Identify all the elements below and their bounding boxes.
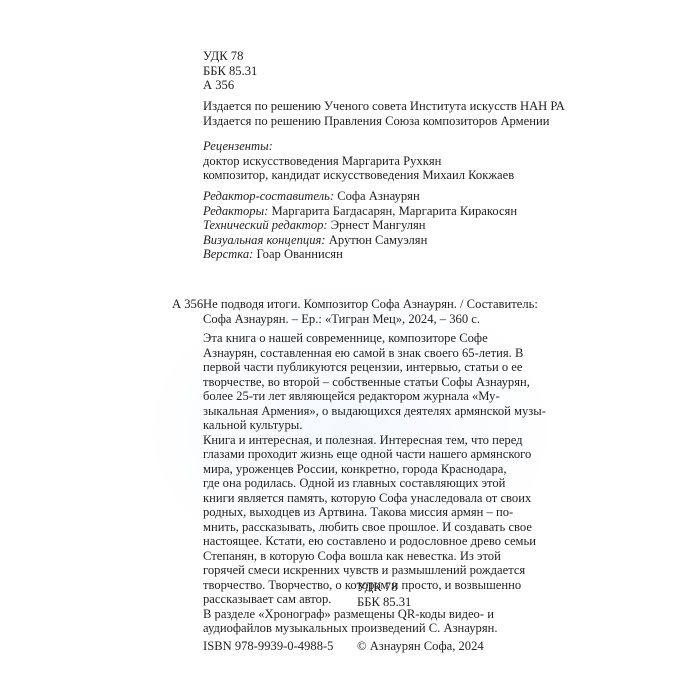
credit-line: Верстка: Гоар Ованнисян: [203, 247, 517, 262]
reviewer: доктор искусствоведения Маргарита Рухкян: [203, 154, 514, 169]
annotation-line: Книга и интересная, и полезная. Интересн…: [203, 433, 546, 448]
credit-role: Редактор-составитель:: [203, 189, 334, 203]
reviewer: композитор, кандидат искусствоведения Ми…: [203, 168, 514, 183]
annotation-line: аудиофайлов музыкальных произведений С. …: [203, 621, 546, 636]
credit-role: Технический редактор:: [203, 218, 328, 232]
copyright-notice: © Азнаурян Софа, 2024: [357, 639, 484, 654]
annotation-line: Степанян, в которую Софа вошла как невес…: [203, 549, 546, 564]
credit-line: Редактор-составитель: Софа Азнаурян: [203, 189, 517, 204]
reviewers-label: Рецензенты:: [203, 139, 514, 154]
footer-udk-code: УДК 78: [357, 580, 411, 595]
approval-line: Издается по решению Ученого совета Инсти…: [203, 99, 565, 114]
annotation-line: кальной культуры.: [203, 418, 546, 433]
bibliographic-line: Софа Азнаурян. – Ер.: «Тигран Мец», 2024…: [203, 312, 538, 327]
credit-role: Редакторы:: [203, 204, 268, 218]
credits: Редактор-составитель: Софа Азнаурян Реда…: [203, 189, 517, 262]
annotation-line: мнить, рассказывать, любить свое прошлое…: [203, 520, 546, 535]
annotation-line: родных, выходцев из Артвина. Такова мисс…: [203, 505, 546, 520]
annotation-line: более 25-ти лет являющейся редактором жу…: [203, 389, 546, 404]
annotation-line: где она родилась. Одной из главных соста…: [203, 476, 546, 491]
annotation-line: Азнаурян, составленная ею самой в знак с…: [203, 346, 546, 361]
annotation-line: Эта книга о нашей современнице, композит…: [203, 331, 546, 346]
isbn: ISBN 978-9939-0-4988-5: [203, 639, 333, 654]
footer-bbk-code: ББК 85.31: [357, 595, 411, 610]
annotation-line: книги является память, которую Софа унас…: [203, 491, 546, 506]
reviewers: Рецензенты: доктор искусствоведения Марг…: [203, 139, 514, 183]
annotation-line: зыкальная Армения», о выдающихся деятеля…: [203, 404, 546, 419]
author-mark: А 356: [203, 78, 257, 93]
classification-codes: УДК 78 ББК 85.31 А 356: [203, 49, 257, 93]
credit-name: Эрнест Мангулян: [331, 218, 426, 232]
bibliographic-entry: Не подводя итоги. Композитор Софа Азнаур…: [203, 297, 538, 326]
bibliographic-mark: А 356: [172, 297, 203, 312]
credit-role: Визуальная концепция:: [203, 233, 326, 247]
footer-classification-codes: УДК 78 ББК 85.31: [357, 580, 411, 609]
credit-line: Редакторы: Маргарита Багдасарян, Маргари…: [203, 204, 517, 219]
credit-role: Верстка:: [203, 247, 253, 261]
credit-name: Гоар Ованнисян: [257, 247, 343, 261]
bbk-code: ББК 85.31: [203, 64, 257, 79]
publication-approvals: Издается по решению Ученого совета Инсти…: [203, 99, 565, 128]
annotation-line: горячей смеси искренних чувств и размышл…: [203, 563, 546, 578]
annotation-line: настоящее. Кстати, ею составлено и родос…: [203, 534, 546, 549]
annotation-line: глазами проходит жизнь еще одной части н…: [203, 447, 546, 462]
credit-name: Арутюн Самуэлян: [329, 233, 428, 247]
approval-line: Издается по решению Правления Союза комп…: [203, 114, 565, 129]
udk-code: УДК 78: [203, 49, 257, 64]
credit-name: Софа Азнаурян: [337, 189, 419, 203]
annotation-line: первой части публикуются рецензии, интер…: [203, 360, 546, 375]
credit-line: Визуальная концепция: Арутюн Самуэлян: [203, 233, 517, 248]
credit-name: Маргарита Багдасарян, Маргарита Киракося…: [271, 204, 517, 218]
credit-line: Технический редактор: Эрнест Мангулян: [203, 218, 517, 233]
copyright-page: УДК 78 ББК 85.31 А 356 Издается по решен…: [0, 0, 700, 700]
annotation-line: творчестве, во второй – собственные стат…: [203, 375, 546, 390]
annotation-line: мира, уроженцев России, конкретно, город…: [203, 462, 546, 477]
bibliographic-line: Не подводя итоги. Композитор Софа Азнаур…: [203, 297, 538, 312]
